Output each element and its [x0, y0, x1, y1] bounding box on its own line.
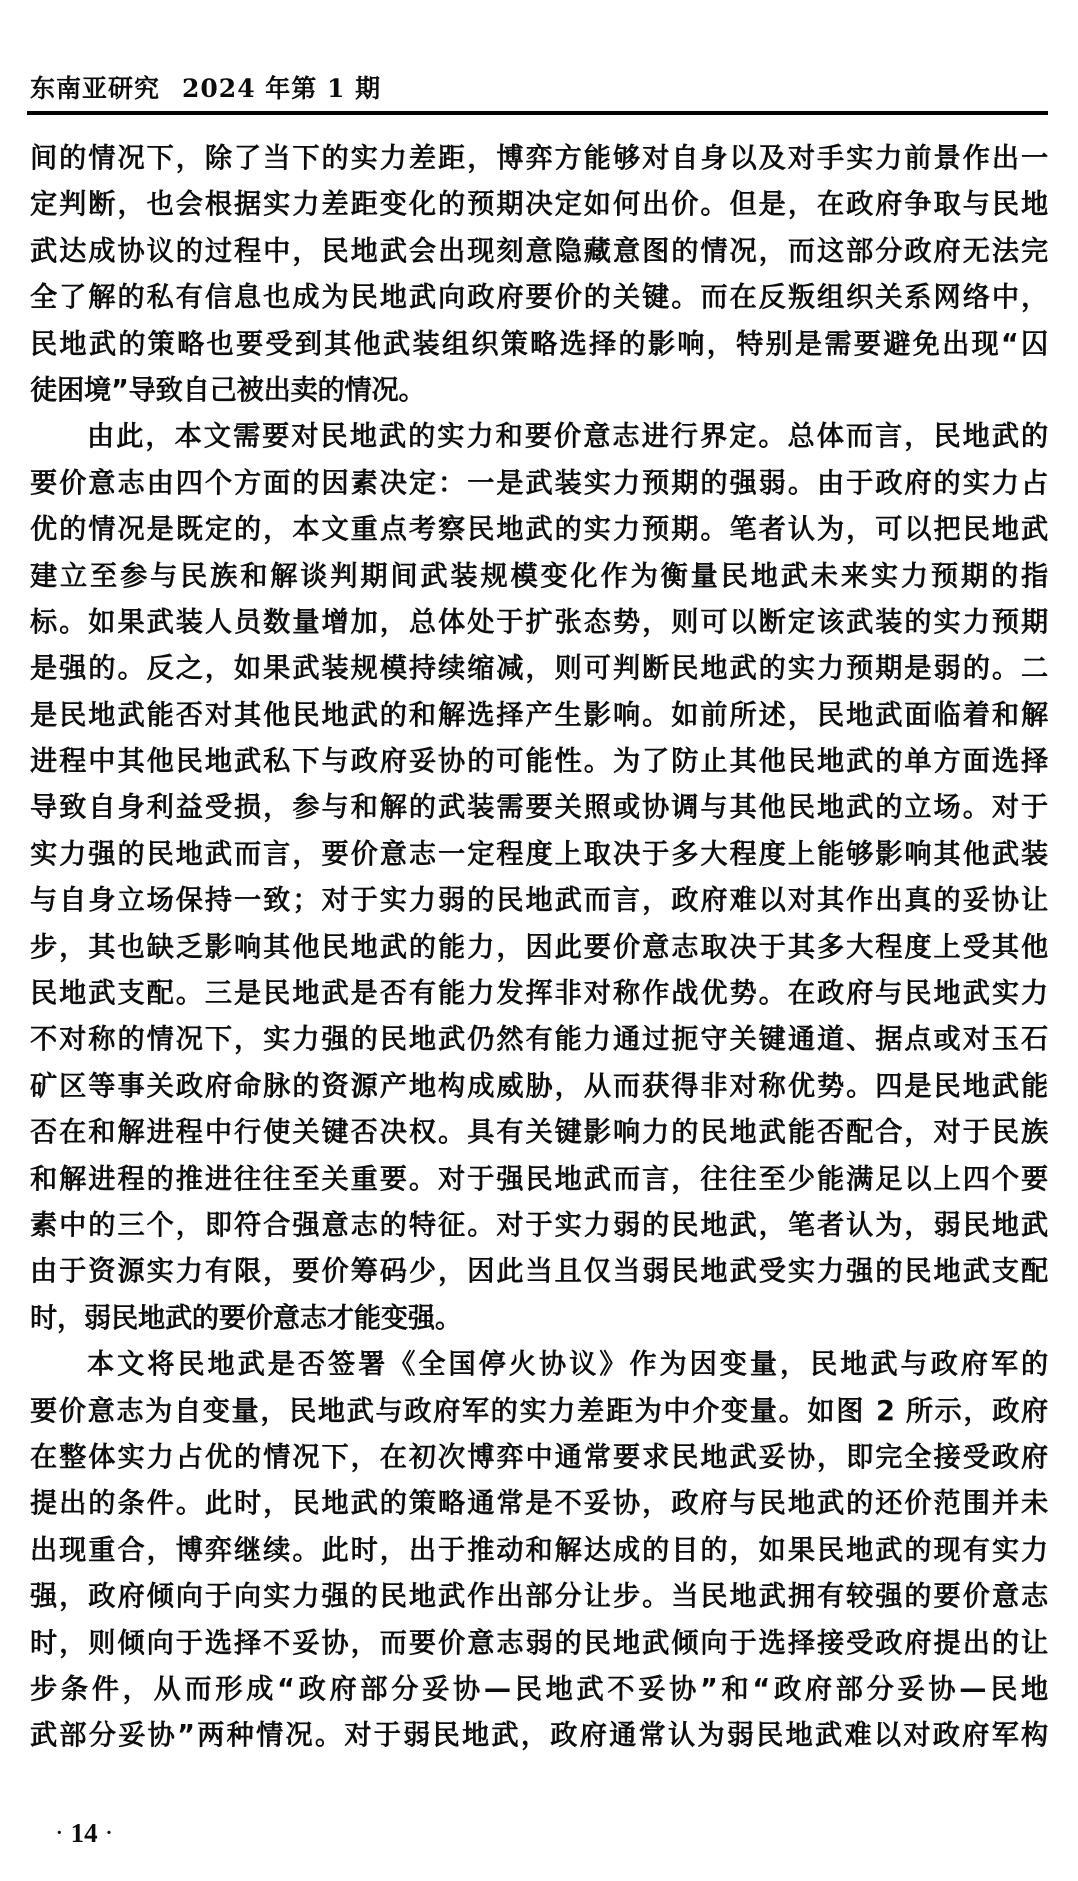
article-body: 间的情况下，除了当下的实力差距，博弈方能够对自身以及对手实力前景作出一 定判断，…	[30, 136, 1048, 1760]
text-line: 本文将民地武是否签署《全国停火协议》作为因变量，民地武与政府军的	[30, 1342, 1048, 1388]
text-line: 提出的条件。此时，民地武的策略通常是不妥协，政府与民地武的还价范围并未	[30, 1481, 1048, 1527]
text-line: 否在和解进程中行使关键否决权。具有关键影响力的民地武能否配合，对于民族	[30, 1110, 1048, 1156]
paragraph: 本文将民地武是否签署《全国停火协议》作为因变量，民地武与政府军的 要价意志为自变…	[30, 1342, 1048, 1760]
page-number: ·14·	[48, 1818, 120, 1849]
text-line: 导致自身利益受损，参与和解的武装需要关照或协调与其他民地武的立场。对于	[30, 785, 1048, 831]
text-line: 强，政府倾向于向实力强的民地武作出部分让步。当民地武拥有较强的要价意志	[30, 1574, 1048, 1620]
text-line: 实力强的民地武而言，要价意志一定程度上取决于多大程度上能够影响其他武装	[30, 832, 1048, 878]
text-line: 矿区等事关政府命脉的资源产地构成威胁，从而获得非对称优势。四是民地武能	[30, 1064, 1048, 1110]
text-line: 是强的。反之，如果武装规模持续缩减，则可判断民地武的实力预期是弱的。二	[30, 646, 1048, 692]
text-line: 标。如果武装人员数量增加，总体处于扩张态势，则可以断定该武装的实力预期	[30, 600, 1048, 646]
text-line: 与自身立场保持一致；对于实力弱的民地武而言，政府难以对其作出真的妥协让	[30, 878, 1048, 924]
text-line: 徒困境”导致自己被出卖的情况。	[30, 368, 1048, 414]
text-line: 在整体实力占优的情况下，在初次博弈中通常要求民地武妥协，即完全接受政府	[30, 1435, 1048, 1481]
text-line: 时，弱民地武的要价意志才能变强。	[30, 1296, 1048, 1342]
journal-name: 东南亚研究	[30, 74, 160, 103]
text-line: 全了解的私有信息也成为民地武向政府要价的关键。而在反叛组织关系网络中，	[30, 275, 1048, 321]
text-line: 武部分妥协”两种情况。对于弱民地武，政府通常认为弱民地武难以对政府军构	[30, 1713, 1048, 1759]
issue-label: 2024 年第 1 期	[182, 74, 381, 103]
text-line: 是民地武能否对其他民地武的和解选择产生影响。如前所述，民地武面临着和解	[30, 693, 1048, 739]
text-line: 由于资源实力有限，要价筹码少，因此当且仅当弱民地武受实力强的民地武支配	[30, 1249, 1048, 1295]
paragraph: 由此，本文需要对民地武的实力和要价意志进行界定。总体而言，民地武的 要价意志由四…	[30, 414, 1048, 1342]
page-marker-left: ·	[56, 1822, 63, 1844]
text-line: 步条件，从而形成“政府部分妥协—民地武不妥协”和“政府部分妥协—民地	[30, 1667, 1048, 1713]
text-line: 素中的三个，即符合强意志的特征。对于实力弱的民地武，笔者认为，弱民地武	[30, 1203, 1048, 1249]
text-line: 由此，本文需要对民地武的实力和要价意志进行界定。总体而言，民地武的	[30, 414, 1048, 460]
text-line: 时，则倾向于选择不妥协，而要价意志弱的民地武倾向于选择接受政府提出的让	[30, 1621, 1048, 1667]
text-line: 和解进程的推进往往至关重要。对于强民地武而言，往往至少能满足以上四个要	[30, 1157, 1048, 1203]
page-marker-right: ·	[106, 1822, 113, 1844]
text-line: 优的情况是既定的，本文重点考察民地武的实力预期。笔者认为，可以把民地武	[30, 507, 1048, 553]
text-line: 要价意志为自变量，民地武与政府军的实力差距为中介变量。如图 2 所示，政府	[30, 1389, 1048, 1435]
text-line: 武达成协议的过程中，民地武会出现刻意隐藏意图的情况，而这部分政府无法完	[30, 229, 1048, 275]
header-rule	[27, 111, 1048, 115]
running-head: 东南亚研究2024 年第 1 期	[30, 74, 381, 104]
text-line: 要价意志由四个方面的因素决定：一是武装实力预期的强弱。由于政府的实力占	[30, 461, 1048, 507]
text-line: 民地武的策略也要受到其他武装组织策略选择的影响，特别是需要避免出现“囚	[30, 322, 1048, 368]
text-line: 间的情况下，除了当下的实力差距，博弈方能够对自身以及对手实力前景作出一	[30, 136, 1048, 182]
text-line: 民地武支配。三是民地武是否有能力发挥非对称作战优势。在政府与民地武实力	[30, 971, 1048, 1017]
page-number-value: 14	[71, 1818, 98, 1848]
text-line: 定判断，也会根据实力差距变化的预期决定如何出价。但是，在政府争取与民地	[30, 182, 1048, 228]
text-line: 进程中其他民地武私下与政府妥协的可能性。为了防止其他民地武的单方面选择	[30, 739, 1048, 785]
text-line: 建立至参与民族和解谈判期间武装规模变化作为衡量民地武未来实力预期的指	[30, 554, 1048, 600]
text-line: 步，其也缺乏影响其他民地武的能力，因此要价意志取决于其多大程度上受其他	[30, 925, 1048, 971]
text-line: 不对称的情况下，实力强的民地武仍然有能力通过扼守关键通道、据点或对玉石	[30, 1017, 1048, 1063]
text-line: 出现重合，博弈继续。此时，出于推动和解达成的目的，如果民地武的现有实力	[30, 1528, 1048, 1574]
paragraph: 间的情况下，除了当下的实力差距，博弈方能够对自身以及对手实力前景作出一 定判断，…	[30, 136, 1048, 414]
